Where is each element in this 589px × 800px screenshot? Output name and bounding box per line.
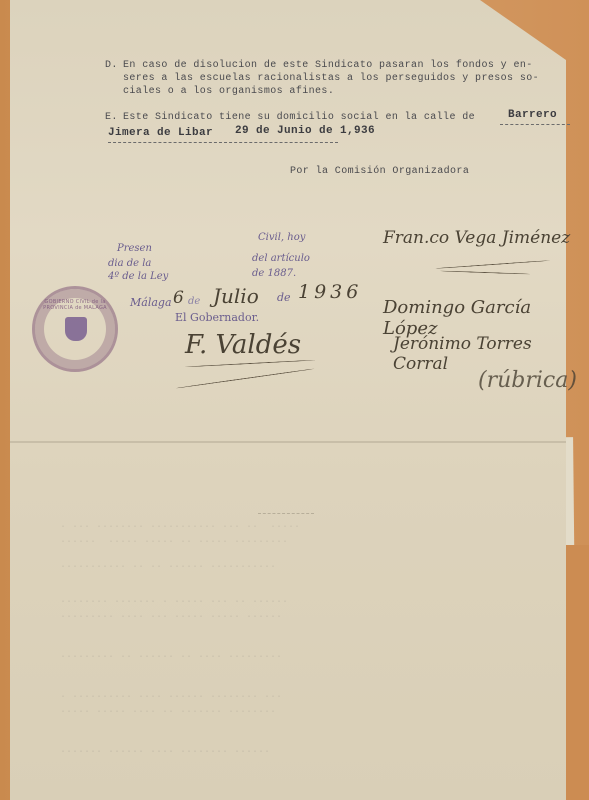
clause-d-line-1: En caso de disolucion de este Sindicato … <box>123 60 533 71</box>
registry-city: Málaga <box>130 296 172 309</box>
registry-title: El Gobernador. <box>175 311 259 324</box>
coat-of-arms-icon <box>65 317 87 341</box>
fill-in-line <box>500 124 570 125</box>
clause-e-line-1: Este Sindicato tiene su domicilio social… <box>123 112 481 123</box>
registry-line-3-left: 4º de la Ley <box>108 271 168 282</box>
bleedthrough-text: . .......... .... ...... ........ ... <box>60 690 282 701</box>
clause-e-street-filled: Barrero <box>508 109 557 121</box>
registry-line-1-right: Civil, hoy <box>258 232 305 243</box>
clause-e-line-2: Jimera de Libar <box>108 127 213 139</box>
governor-signature: F. Valdés <box>185 330 301 360</box>
page-fold-line <box>10 441 566 443</box>
registry-line-3-right: de 1887. <box>252 268 296 279</box>
registry-de-2: de <box>277 291 291 304</box>
registry-year: 1936 <box>298 281 362 303</box>
fill-in-line <box>108 142 338 143</box>
registry-line-2-right: del artículo <box>252 253 310 264</box>
bleedthrough-text: ........... .. .. ...... ........... <box>60 560 276 571</box>
clause-e-letter: E. <box>105 112 118 123</box>
bleedthrough-divider <box>258 513 314 514</box>
registry-month: Julio <box>213 284 259 308</box>
clause-e-date: 29 de Junio de 1,936 <box>235 125 375 137</box>
bleedthrough-text: . ... ........ ........... ... .. ..... <box>60 520 300 531</box>
signature-1: Fran.co Vega Jiménez <box>383 228 570 248</box>
signature-heading: Por la Comisión Organizadora <box>290 166 469 177</box>
clause-d-line-3: ciales o a los organismos afines. <box>123 86 334 97</box>
signature-4-rubric: (rúbrica) <box>478 368 577 393</box>
registry-line-2-left: dia de la <box>108 258 151 269</box>
bleedthrough-text: ...... ..... ..... .. ..... ......... <box>60 535 288 546</box>
bleedthrough-text: ....... ...... .... ........ ...... <box>60 745 270 756</box>
seal-text: GOBIERNO CIVIL de la PROVINCIA de MALAGA <box>35 299 115 311</box>
registry-line-1-left: Presen <box>117 243 152 254</box>
official-seal: GOBIERNO CIVIL de la PROVINCIA de MALAGA <box>32 286 118 372</box>
clause-d-letter: D. <box>105 60 118 71</box>
bleedthrough-text: ..... ..... .... .. ....... ........ <box>60 705 276 716</box>
registry-de-1: de <box>188 296 200 307</box>
clause-d-line-2: seres a las escuelas racionalistas a los… <box>123 73 539 84</box>
signature-2: Domingo García López <box>383 297 589 339</box>
bleedthrough-text: ......... .. ...... .. .... ......... <box>60 650 282 661</box>
registry-day: 6 <box>173 288 184 308</box>
bleedthrough-text: ......... .... ... ..... ..... ...... <box>60 610 282 621</box>
bleedthrough-text: ........ ....... . ..... ... .. ...... <box>60 595 288 606</box>
